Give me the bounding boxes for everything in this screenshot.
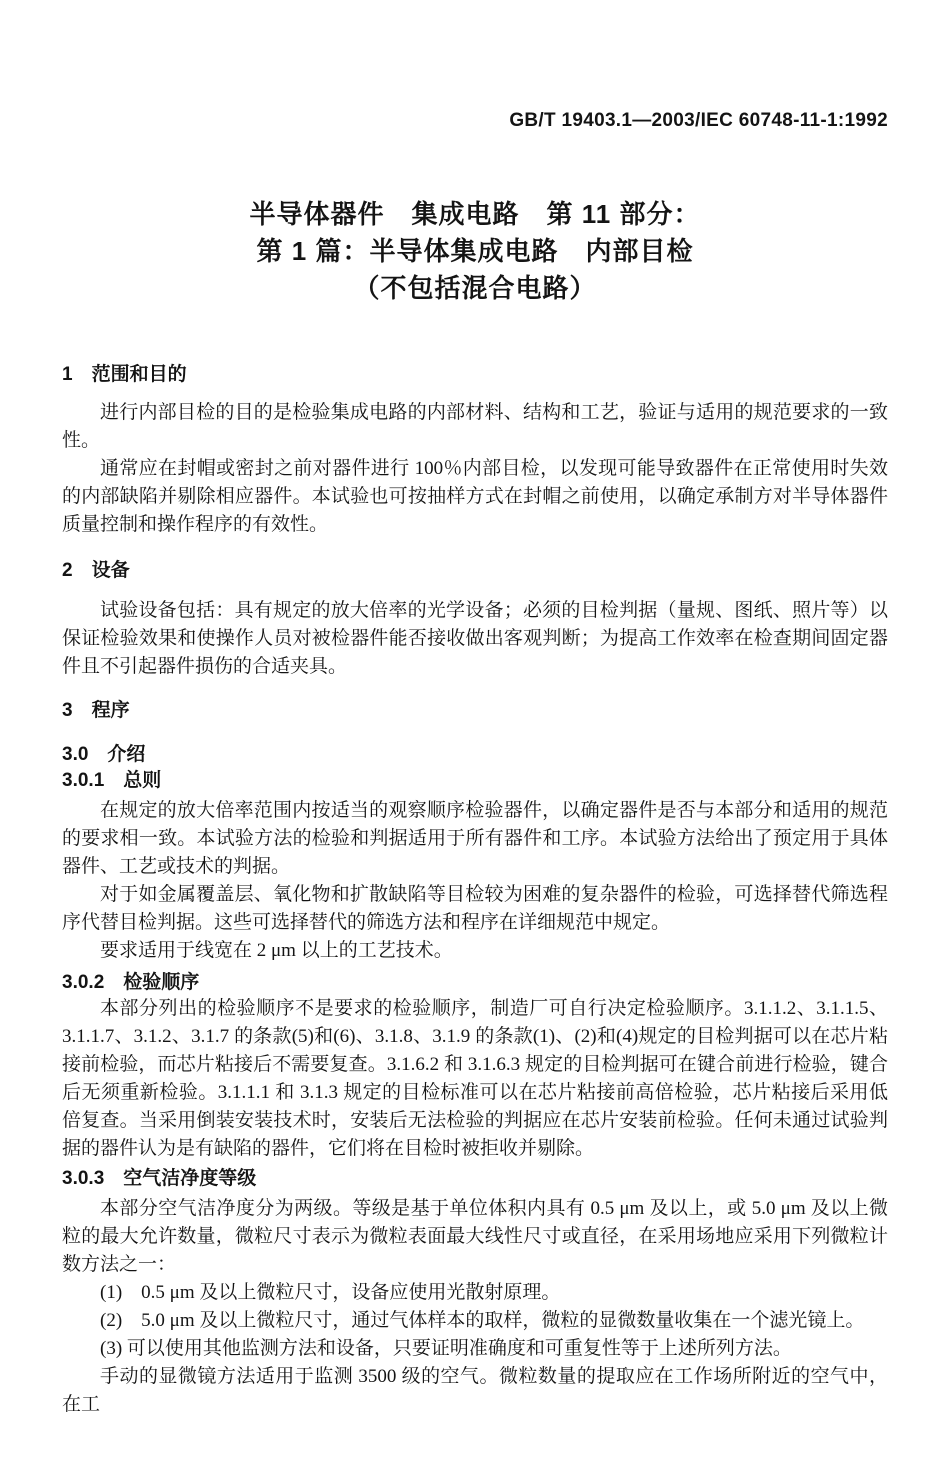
section-3-0-2-paragraph-1: 本部分列出的检验顺序不是要求的检验顺序，制造厂可自行决定检验顺序。3.1.1.2… bbox=[62, 995, 888, 1163]
section-3-0-2-heading: 3.0.2 检验顺序 bbox=[62, 971, 888, 995]
title-line-1: 半导体器件 集成电路 第 11 部分： bbox=[62, 196, 888, 233]
air-class-method-item-3: (3) 可以使用其他监测方法和设备，只要证明准确度和可重复性等于上述所列方法。 bbox=[62, 1335, 888, 1363]
section-1-heading: 1 范围和目的 bbox=[62, 363, 888, 387]
section-3-0-1-paragraph-1: 在规定的放大倍率范围内按适当的观察顺序检验器件，以确定器件是否与本部分和适用的规… bbox=[62, 797, 888, 881]
section-3-0-3-paragraph-1: 本部分空气洁净度分为两级。等级是基于单位体积内具有 0.5 μm 及以上，或 5… bbox=[62, 1195, 888, 1279]
section-3-0-1-heading: 3.0.1 总则 bbox=[62, 769, 888, 793]
section-3-0-3-paragraph-2: 手动的显微镜方法适用于监测 3500 级的空气。微粒数量的提取应在工作场所附近的… bbox=[62, 1363, 888, 1419]
document-title: 半导体器件 集成电路 第 11 部分： 第 1 篇：半导体集成电路 内部目检 （… bbox=[62, 196, 888, 307]
standard-number-header: GB/T 19403.1—2003/IEC 60748-11-1:1992 bbox=[62, 110, 888, 132]
document-page: GB/T 19403.1—2003/IEC 60748-11-1:1992 半导… bbox=[0, 0, 950, 1476]
title-line-2: 第 1 篇：半导体集成电路 内部目检 bbox=[62, 233, 888, 270]
section-1-paragraph-2: 通常应在封帽或密封之前对器件进行 100％内部目检，以发现可能导致器件在正常使用… bbox=[62, 455, 888, 539]
title-line-3: （不包括混合电路） bbox=[62, 270, 888, 307]
section-1-paragraph-1: 进行内部目检的目的是检验集成电路的内部材料、结构和工艺，验证与适用的规范要求的一… bbox=[62, 399, 888, 455]
air-class-method-item-1: (1) 0.5 μm 及以上微粒尺寸，设备应使用光散射原理。 bbox=[62, 1279, 888, 1307]
section-3-0-1-paragraph-3: 要求适用于线宽在 2 μm 以上的工艺技术。 bbox=[62, 937, 888, 965]
section-3-0-heading: 3.0 介绍 bbox=[62, 743, 888, 767]
section-3-0-1-paragraph-2: 对于如金属覆盖层、氧化物和扩散缺陷等目检较为困难的复杂器件的检验，可选择替代筛选… bbox=[62, 881, 888, 937]
section-3-0-3-heading: 3.0.3 空气洁净度等级 bbox=[62, 1167, 888, 1191]
section-2-paragraph-1: 试验设备包括：具有规定的放大倍率的光学设备；必须的目检判据（量规、图纸、照片等）… bbox=[62, 597, 888, 681]
section-2-heading: 2 设备 bbox=[62, 559, 888, 583]
section-3-heading: 3 程序 bbox=[62, 699, 888, 723]
air-class-method-item-2: (2) 5.0 μm 及以上微粒尺寸，通过气体样本的取样，微粒的显微数量收集在一… bbox=[62, 1307, 888, 1335]
